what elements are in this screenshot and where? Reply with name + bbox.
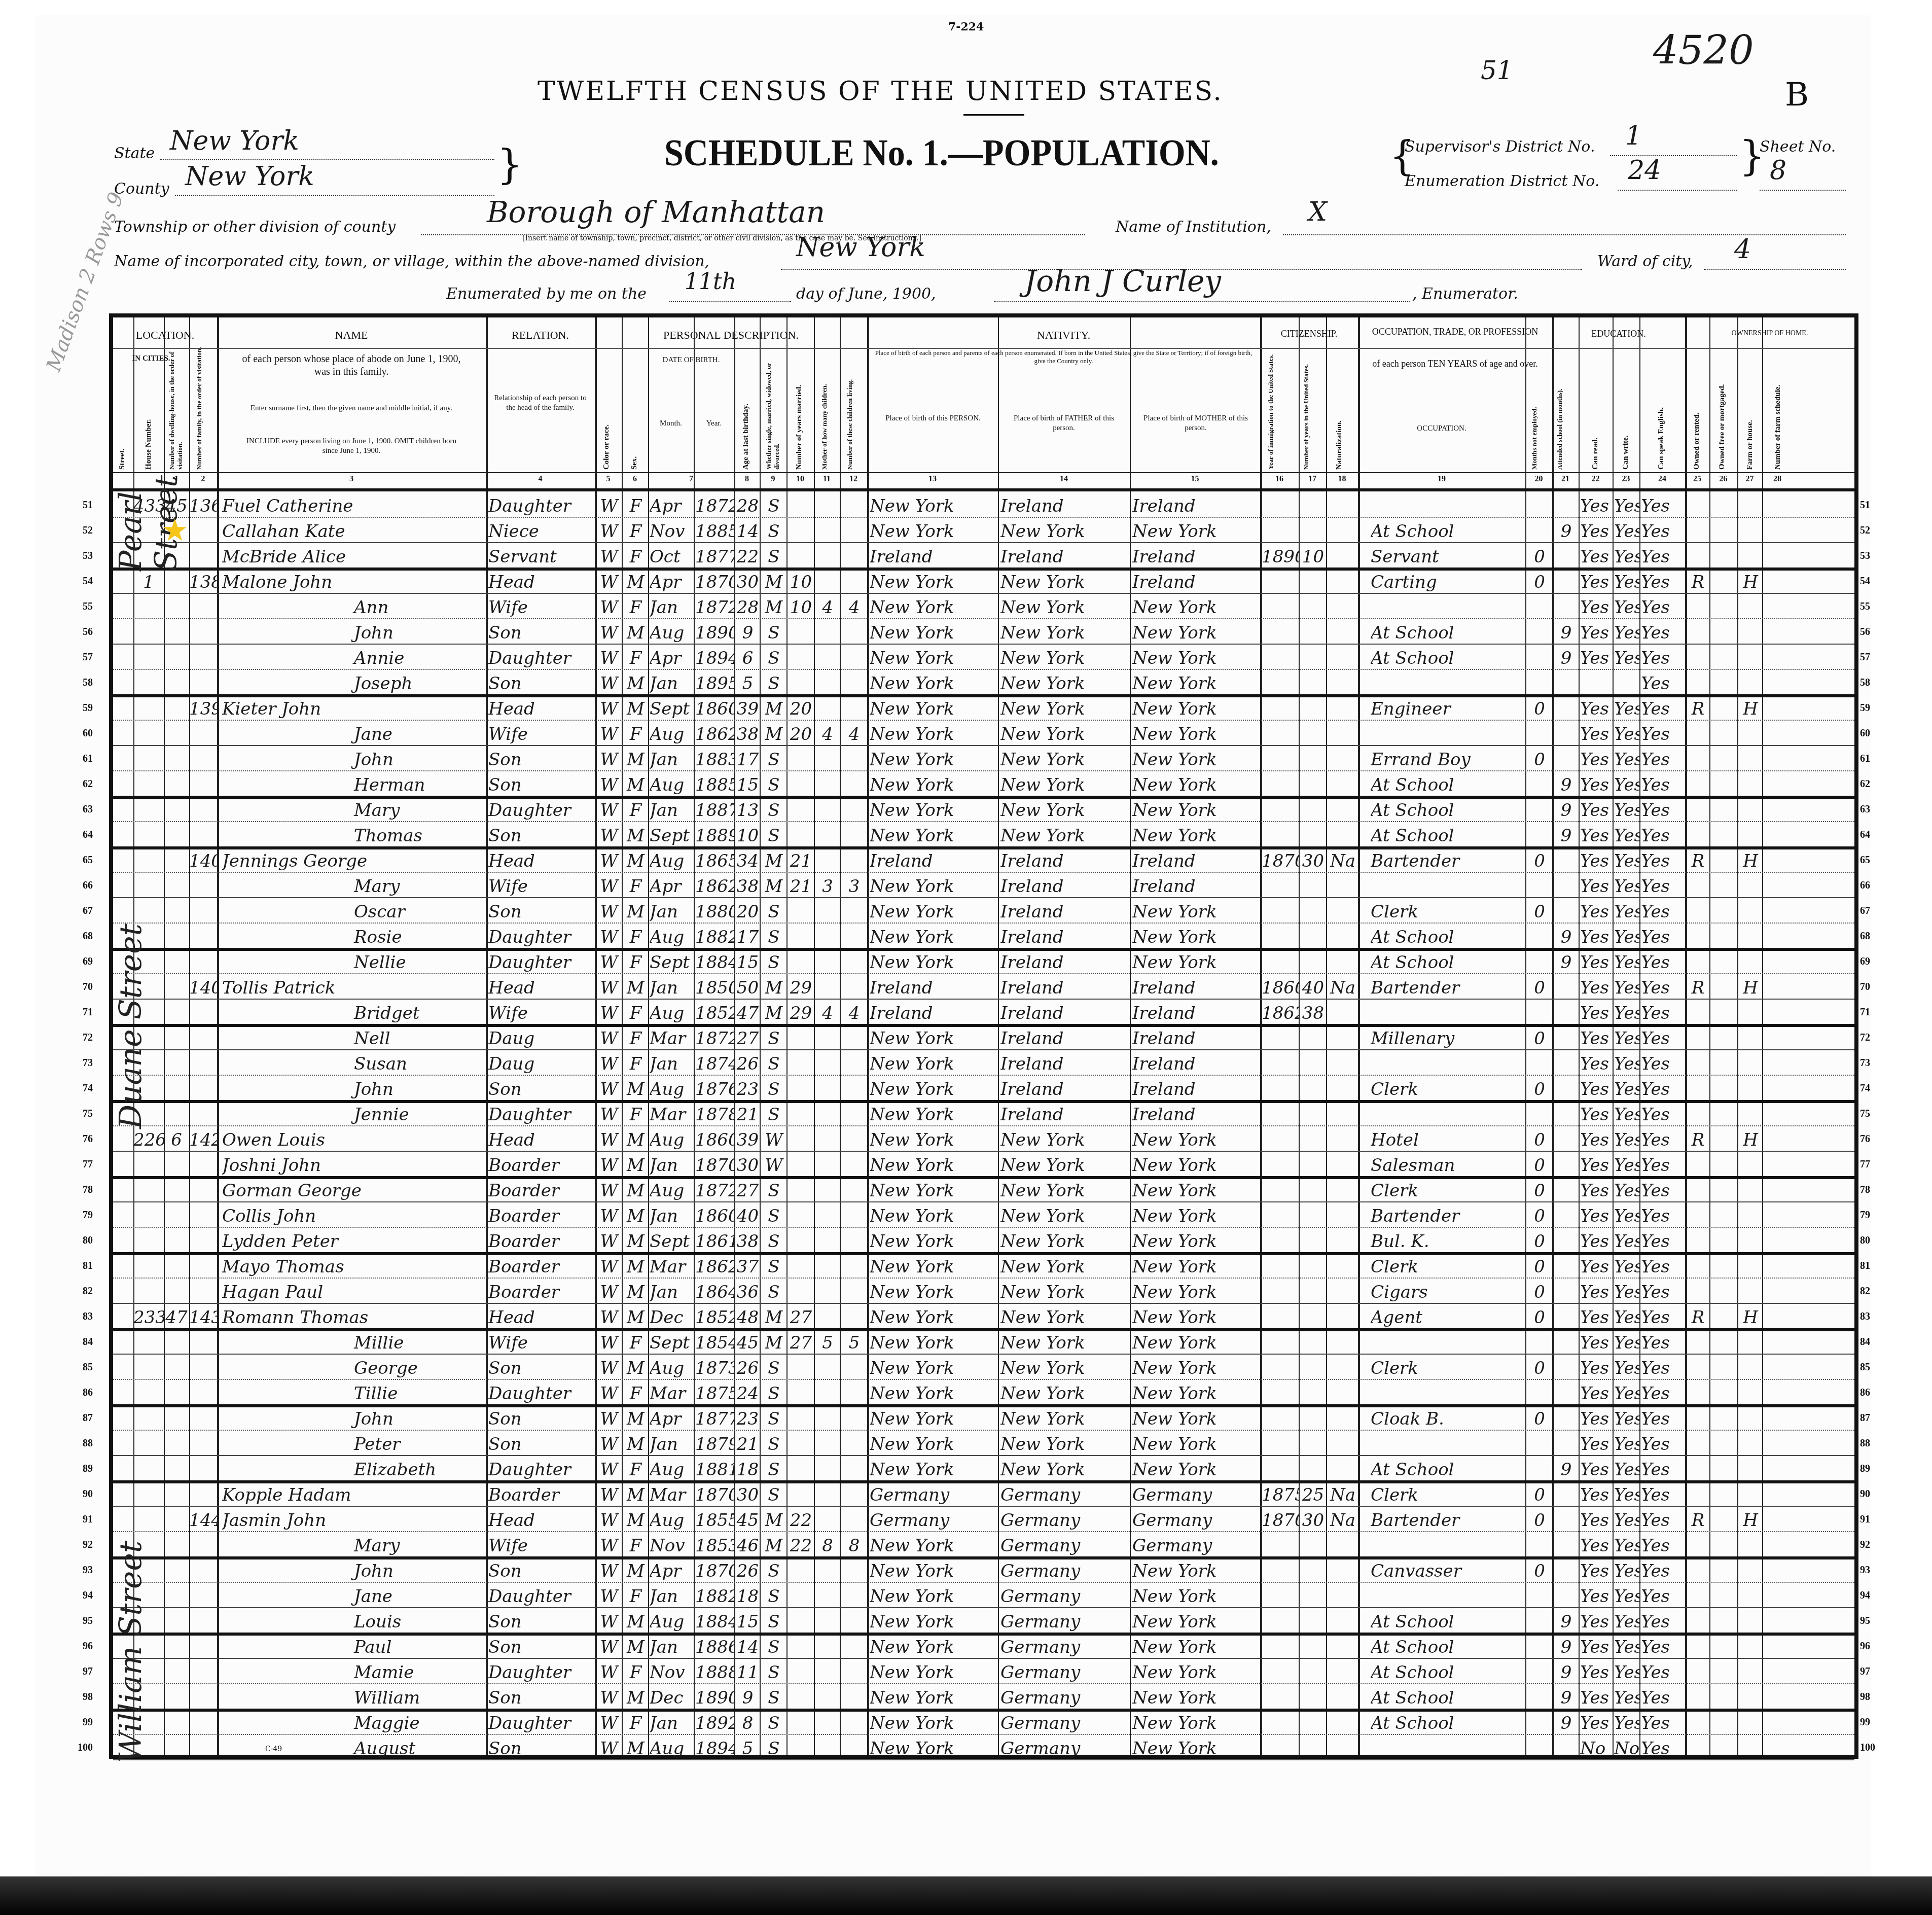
cell-age: 13 xyxy=(736,797,760,822)
cell-moc xyxy=(815,1228,840,1253)
cell-pobm: New York xyxy=(1132,645,1260,670)
cell-own xyxy=(1687,898,1709,924)
cell-own xyxy=(1687,1000,1709,1025)
cell-fm xyxy=(1711,518,1737,543)
cell-year: 1862 xyxy=(695,873,734,898)
table-row: JosephSonWMJan18955SNew YorkNew YorkNew … xyxy=(113,670,1854,695)
cell-family xyxy=(189,1608,217,1634)
ward-field[interactable]: 4 xyxy=(1704,250,1846,270)
cell-unemp xyxy=(1527,1456,1552,1481)
header-rule-thick xyxy=(113,488,1854,491)
cell-fh xyxy=(1739,1456,1762,1481)
cell-sex: F xyxy=(623,1000,648,1025)
cell-family: 142 xyxy=(189,1126,217,1152)
cell-fh xyxy=(1739,518,1762,543)
cell-year: 1864 xyxy=(695,1279,734,1304)
cell-family xyxy=(189,1202,217,1228)
cell-read: Yes xyxy=(1580,771,1613,797)
cell-fh xyxy=(1739,1177,1762,1202)
cell-family xyxy=(189,873,217,898)
cell-own xyxy=(1687,873,1709,898)
cell-sex: F xyxy=(623,1380,648,1405)
cell-pobf: Germany xyxy=(1000,1634,1130,1659)
table-row: MaryWifeWFApr186238M2133New YorkIrelandI… xyxy=(113,873,1854,898)
cell-dwelling xyxy=(164,1608,189,1634)
cell-name: McBride Alice xyxy=(222,543,486,569)
cell-house xyxy=(133,1405,164,1431)
cell-fm xyxy=(1711,492,1737,518)
cell-pob: New York xyxy=(870,1608,998,1634)
row-number-left: 78 xyxy=(73,1184,93,1196)
cell-own xyxy=(1687,670,1709,695)
cell-age: 28 xyxy=(736,492,760,518)
cell-write: Yes xyxy=(1614,1456,1639,1481)
cell-mar: W xyxy=(761,1152,786,1177)
cell-own xyxy=(1687,1557,1709,1583)
cell-pobm: New York xyxy=(1132,1456,1260,1481)
cell-write: Yes xyxy=(1614,1557,1639,1583)
col-number: 18 xyxy=(1326,475,1358,484)
cell-ym xyxy=(788,1659,814,1684)
cell-imm xyxy=(1262,1304,1299,1329)
cell-fh xyxy=(1739,619,1762,645)
cell-dwelling xyxy=(164,619,189,645)
cell-color: W xyxy=(596,1507,622,1532)
cell-write: Yes xyxy=(1614,518,1639,543)
cell-rel: Son xyxy=(488,1431,595,1456)
table-row: GeorgeSonWMAug187326SNew YorkNew YorkNew… xyxy=(113,1355,1854,1380)
row-number-right: 54 xyxy=(1860,576,1880,587)
cell-fh: H xyxy=(1739,847,1762,873)
state-field[interactable]: New York xyxy=(160,141,494,160)
cell-rel: Boarder xyxy=(488,1228,595,1253)
cell-family: 144 xyxy=(189,1507,217,1532)
row-number-right: 96 xyxy=(1860,1641,1880,1652)
cell-pobf: New York xyxy=(1000,619,1130,645)
table-row: 23347143Romann ThomasHeadWMDec185248M27N… xyxy=(113,1304,1854,1329)
cell-imm xyxy=(1262,1405,1299,1431)
cell-month: Apr xyxy=(650,645,694,670)
cell-imm xyxy=(1262,1634,1299,1659)
cell-own xyxy=(1687,1431,1709,1456)
cell-cl xyxy=(841,1380,867,1405)
cell-house xyxy=(133,1279,164,1304)
cell-pob: New York xyxy=(870,1380,998,1405)
cell-read xyxy=(1580,670,1613,695)
cell-color: W xyxy=(596,974,622,1000)
cell-write: Yes xyxy=(1614,695,1639,721)
cell-pob: New York xyxy=(870,1735,998,1760)
cell-month: Jan xyxy=(650,1152,694,1177)
enumerated-day-field[interactable]: 11th xyxy=(669,282,791,302)
cell-moc xyxy=(815,1710,840,1735)
cell-sex: F xyxy=(623,1101,648,1126)
cell-year: 1894 xyxy=(695,645,734,670)
cell-family xyxy=(189,721,217,746)
cell-yrs xyxy=(1300,1380,1326,1405)
township-field[interactable]: Borough of Manhattan xyxy=(421,215,1085,235)
cell-family xyxy=(189,898,217,924)
cell-rel: Son xyxy=(488,898,595,924)
cell-write: Yes xyxy=(1614,1076,1639,1101)
cell-fm xyxy=(1711,1126,1737,1152)
cell-month: Nov xyxy=(650,1532,694,1557)
cell-read: Yes xyxy=(1580,1329,1613,1355)
row-number-right: 63 xyxy=(1860,804,1880,815)
cell-month: Sept xyxy=(650,1228,694,1253)
cell-fh xyxy=(1739,1202,1762,1228)
cell-cl xyxy=(841,492,867,518)
col-number: 20 xyxy=(1525,475,1552,484)
table-row: RosieDaughterWFAug188217SNew YorkIreland… xyxy=(113,924,1854,949)
cell-write: Yes xyxy=(1614,1710,1639,1735)
cell-imm xyxy=(1262,695,1299,721)
cell-pob: New York xyxy=(870,1101,998,1126)
cell-age: 14 xyxy=(736,1634,760,1659)
cell-cl xyxy=(841,569,867,594)
enumerator-field[interactable]: John J Curley xyxy=(994,282,1410,302)
cell-nat xyxy=(1328,1253,1358,1279)
ed-field[interactable]: 24 xyxy=(1618,170,1737,191)
city-value: New York xyxy=(796,232,925,263)
cell-write: Yes xyxy=(1614,619,1639,645)
cell-fs xyxy=(1764,1355,1793,1380)
cell-imm xyxy=(1262,1684,1299,1710)
cell-rel: Wife xyxy=(488,873,595,898)
table-row: Collis JohnBoarderWMJan186040SNew YorkNe… xyxy=(113,1202,1854,1228)
cell-nat xyxy=(1328,797,1358,822)
row-number-left: 89 xyxy=(73,1463,93,1475)
cell-family xyxy=(189,924,217,949)
cell-pob: New York xyxy=(870,1253,998,1279)
cell-pob: New York xyxy=(870,771,998,797)
cell-occ: At School xyxy=(1371,822,1525,847)
cell-rel: Head xyxy=(488,1507,595,1532)
row-number-right: 81 xyxy=(1860,1260,1880,1272)
cell-moc xyxy=(815,1304,840,1329)
cell-family xyxy=(189,645,217,670)
cell-yrs xyxy=(1300,1329,1326,1355)
cell-yrs xyxy=(1300,1557,1326,1583)
cell-rel: Head xyxy=(488,1304,595,1329)
institution-value: X xyxy=(1308,197,1327,227)
cell-write: Yes xyxy=(1614,898,1639,924)
header-dwelling: Number of dwelling-house, in the order o… xyxy=(168,338,187,470)
cell-moc xyxy=(815,518,840,543)
cell-imm xyxy=(1262,1279,1299,1304)
cell-read: Yes xyxy=(1580,1025,1613,1050)
cell-sch xyxy=(1554,670,1579,695)
cell-color: W xyxy=(596,1101,622,1126)
cell-fh xyxy=(1739,1431,1762,1456)
cell-sch xyxy=(1554,1202,1579,1228)
cell-age: 30 xyxy=(736,1152,760,1177)
cell-unemp: 0 xyxy=(1527,1355,1552,1380)
cell-age: 9 xyxy=(736,1684,760,1710)
cell-occ: At School xyxy=(1371,1659,1525,1684)
cell-cl xyxy=(841,670,867,695)
cell-color: W xyxy=(596,1481,622,1507)
county-value: New York xyxy=(185,161,314,192)
cell-sex: M xyxy=(623,695,648,721)
cell-dwelling xyxy=(164,1710,189,1735)
cell-sex: M xyxy=(623,1253,648,1279)
cell-rel: Daughter xyxy=(488,1456,595,1481)
cell-year: 1870 xyxy=(695,1557,734,1583)
corner-number: 4520 xyxy=(1653,28,1754,74)
cell-pobf: New York xyxy=(1000,797,1130,822)
cell-name: Jennings George xyxy=(222,847,486,873)
cell-sch xyxy=(1554,1050,1579,1076)
cell-nat xyxy=(1328,1608,1358,1634)
cell-ym xyxy=(788,898,814,924)
cell-pobm: New York xyxy=(1132,1253,1260,1279)
cell-fh: H xyxy=(1739,695,1762,721)
cell-pobf: Ireland xyxy=(1000,1000,1130,1025)
cell-pob: New York xyxy=(870,1076,998,1101)
cell-month: Aug xyxy=(650,1177,694,1202)
cell-color: W xyxy=(596,898,622,924)
row-number-right: 53 xyxy=(1860,550,1880,562)
cell-read: Yes xyxy=(1580,1481,1613,1507)
cell-dwelling xyxy=(164,1152,189,1177)
col-number: 16 xyxy=(1260,475,1299,484)
cell-mar: M xyxy=(761,1000,786,1025)
cell-occ: Clerk xyxy=(1371,1177,1525,1202)
cell-sch: 9 xyxy=(1554,619,1579,645)
cell-mar: S xyxy=(761,1481,786,1507)
cell-own xyxy=(1687,1152,1709,1177)
cell-fm xyxy=(1711,898,1737,924)
cell-cl xyxy=(841,746,867,771)
cell-sex: M xyxy=(623,1684,648,1710)
cell-yrs xyxy=(1300,771,1326,797)
cell-read: Yes xyxy=(1580,1177,1613,1202)
cell-fs xyxy=(1764,797,1793,822)
cell-moc xyxy=(815,1634,840,1659)
table-row: Kopple HadamBoarderWMMar187030SGermanyGe… xyxy=(113,1481,1854,1507)
cell-pobf: Germany xyxy=(1000,1481,1130,1507)
cell-own xyxy=(1687,1380,1709,1405)
col-number: 5 xyxy=(595,475,622,484)
cell-unemp xyxy=(1527,1532,1552,1557)
census-title: TWELFTH CENSUS OF THE UNITED STATES. xyxy=(538,76,1223,107)
cell-eng: Yes xyxy=(1641,670,1685,695)
cell-sch xyxy=(1554,1380,1579,1405)
cell-rel: Son xyxy=(488,1557,595,1583)
cell-occ: Bartender xyxy=(1371,974,1525,1000)
cell-moc xyxy=(815,1583,840,1608)
cell-own xyxy=(1687,619,1709,645)
cell-write: Yes xyxy=(1614,1126,1639,1152)
cell-eng: Yes xyxy=(1641,1304,1685,1329)
cell-fh xyxy=(1739,771,1762,797)
cell-year: 1860 xyxy=(695,1202,734,1228)
cell-imm xyxy=(1262,822,1299,847)
cell-occ: Agent xyxy=(1371,1304,1525,1329)
cell-family xyxy=(189,1557,217,1583)
cell-fm xyxy=(1711,569,1737,594)
cell-age: 38 xyxy=(736,721,760,746)
cell-cl xyxy=(841,1507,867,1532)
cell-sch xyxy=(1554,1735,1579,1760)
cell-mar: S xyxy=(761,771,786,797)
cell-occ xyxy=(1371,1431,1525,1456)
cell-year: 1883 xyxy=(695,746,734,771)
cell-yrs xyxy=(1300,1659,1326,1684)
cell-fs xyxy=(1764,1126,1793,1152)
cell-mar: S xyxy=(761,1025,786,1050)
cell-mar: M xyxy=(761,721,786,746)
cell-sch xyxy=(1554,1076,1579,1101)
cell-imm xyxy=(1262,1101,1299,1126)
cell-color: W xyxy=(596,1456,622,1481)
cell-ym xyxy=(788,1202,814,1228)
col-number: 19 xyxy=(1358,475,1525,484)
institution-field[interactable]: X xyxy=(1283,215,1846,235)
cell-imm xyxy=(1262,1177,1299,1202)
cell-rel: Son xyxy=(488,1355,595,1380)
cell-cl xyxy=(841,1634,867,1659)
cell-year: 1852 xyxy=(695,1000,734,1025)
cell-yrs xyxy=(1300,1076,1326,1101)
cell-sex: M xyxy=(623,569,648,594)
cell-color: W xyxy=(596,670,622,695)
cell-year: 1890 xyxy=(695,1684,734,1710)
cell-occ: Clerk xyxy=(1371,1355,1525,1380)
cell-nat xyxy=(1328,1076,1358,1101)
cell-write: Yes xyxy=(1614,822,1639,847)
county-field[interactable]: New York xyxy=(175,176,494,196)
supervisor-field[interactable]: 1 xyxy=(1610,136,1737,156)
cell-age: 27 xyxy=(736,1025,760,1050)
cell-month: Dec xyxy=(650,1304,694,1329)
cell-dwelling: 6 xyxy=(164,1126,189,1152)
sheet-value: 8 xyxy=(1770,155,1786,186)
cell-fm xyxy=(1711,1329,1737,1355)
cell-occ xyxy=(1371,1735,1525,1760)
row-number-left: 75 xyxy=(73,1108,93,1120)
cell-occ: Clerk xyxy=(1371,1481,1525,1507)
cell-nat xyxy=(1328,721,1358,746)
cell-age: 20 xyxy=(736,898,760,924)
cell-color: W xyxy=(596,1532,622,1557)
cell-sex: M xyxy=(623,1431,648,1456)
cell-sch xyxy=(1554,1355,1579,1380)
table-row: JohnSonWMJan188317SNew YorkNew YorkNew Y… xyxy=(113,746,1854,771)
cell-pobm: Ireland xyxy=(1132,1101,1260,1126)
cell-color: W xyxy=(596,695,622,721)
header-free-mortgaged: Owned free or mortgaged. xyxy=(1718,343,1727,470)
cell-moc xyxy=(815,771,840,797)
cell-mar: S xyxy=(761,924,786,949)
cell-yrs xyxy=(1300,1608,1326,1634)
cell-pobf: New York xyxy=(1000,1177,1130,1202)
cell-year: 1888 xyxy=(695,1659,734,1684)
table-row: NellieDaughterWFSept188415SNew YorkIrela… xyxy=(113,949,1854,974)
cell-year: 1895 xyxy=(695,670,734,695)
header-months-unemployed: Months not employed. xyxy=(1530,399,1551,470)
cell-fm xyxy=(1711,1050,1737,1076)
cell-family xyxy=(189,1481,217,1507)
row-number-right: 79 xyxy=(1860,1210,1880,1221)
cell-pobf: New York xyxy=(1000,645,1130,670)
cell-moc xyxy=(815,1279,840,1304)
cell-rel: Daughter xyxy=(488,924,595,949)
cell-ym xyxy=(788,924,814,949)
cell-pob: New York xyxy=(870,746,998,771)
cell-imm xyxy=(1262,1456,1299,1481)
cell-pobm: Ireland xyxy=(1132,543,1260,569)
cell-pobf: Ireland xyxy=(1000,492,1130,518)
cell-occ: Clerk xyxy=(1371,898,1525,924)
cell-year: 1872 xyxy=(695,594,734,619)
cell-yrs xyxy=(1300,670,1326,695)
cell-month: Mar xyxy=(650,1025,694,1050)
cell-own xyxy=(1687,1101,1709,1126)
cell-month: Aug xyxy=(650,1735,694,1760)
cell-yrs xyxy=(1300,898,1326,924)
cell-rel: Son xyxy=(488,771,595,797)
cell-sex: F xyxy=(623,1456,648,1481)
cell-dwelling xyxy=(164,1583,189,1608)
cell-month: Jan xyxy=(650,974,694,1000)
cell-sch: 9 xyxy=(1554,771,1579,797)
header-farm-schedule: Number of farm schedule. xyxy=(1774,343,1782,470)
cell-color: W xyxy=(596,1304,622,1329)
cell-sex: M xyxy=(623,1735,648,1760)
cell-sch xyxy=(1554,492,1579,518)
cell-eng: Yes xyxy=(1641,645,1685,670)
header-attended-school: Attended school (in months). xyxy=(1556,353,1577,470)
cell-occ: Bartender xyxy=(1371,847,1525,873)
cell-mar: S xyxy=(761,1076,786,1101)
sheet-field[interactable]: 8 xyxy=(1760,170,1846,191)
cell-occ: At School xyxy=(1371,1634,1525,1659)
cell-year: 1878 xyxy=(695,1101,734,1126)
cell-imm xyxy=(1262,619,1299,645)
cell-dwelling xyxy=(164,974,189,1000)
cell-read: Yes xyxy=(1580,1659,1613,1684)
cell-own xyxy=(1687,924,1709,949)
cell-mar: M xyxy=(761,974,786,1000)
cell-fh xyxy=(1739,1329,1762,1355)
cell-unemp xyxy=(1527,645,1552,670)
cell-mar: S xyxy=(761,1710,786,1735)
row-number-left: 63 xyxy=(73,804,93,815)
cell-mar: S xyxy=(761,670,786,695)
cell-unemp: 0 xyxy=(1527,1405,1552,1431)
cell-nat xyxy=(1328,924,1358,949)
row-number-left: 56 xyxy=(73,626,93,638)
cell-dwelling xyxy=(164,594,189,619)
cell-own xyxy=(1687,746,1709,771)
cell-nat xyxy=(1328,1025,1358,1050)
cell-yrs: 30 xyxy=(1300,1507,1326,1532)
cell-family xyxy=(189,746,217,771)
cell-pobm: New York xyxy=(1132,619,1260,645)
cell-nat xyxy=(1328,1228,1358,1253)
cell-pob: New York xyxy=(870,1050,998,1076)
cell-pob: New York xyxy=(870,492,998,518)
cell-pob: New York xyxy=(870,1329,998,1355)
row-number-right: 64 xyxy=(1860,829,1880,841)
cell-family xyxy=(189,1355,217,1380)
cell-fs xyxy=(1764,1684,1793,1710)
cell-ym xyxy=(788,518,814,543)
cell-mar: M xyxy=(761,695,786,721)
header-occupation-desc: of each person TEN YEARS of age and over… xyxy=(1363,358,1547,370)
